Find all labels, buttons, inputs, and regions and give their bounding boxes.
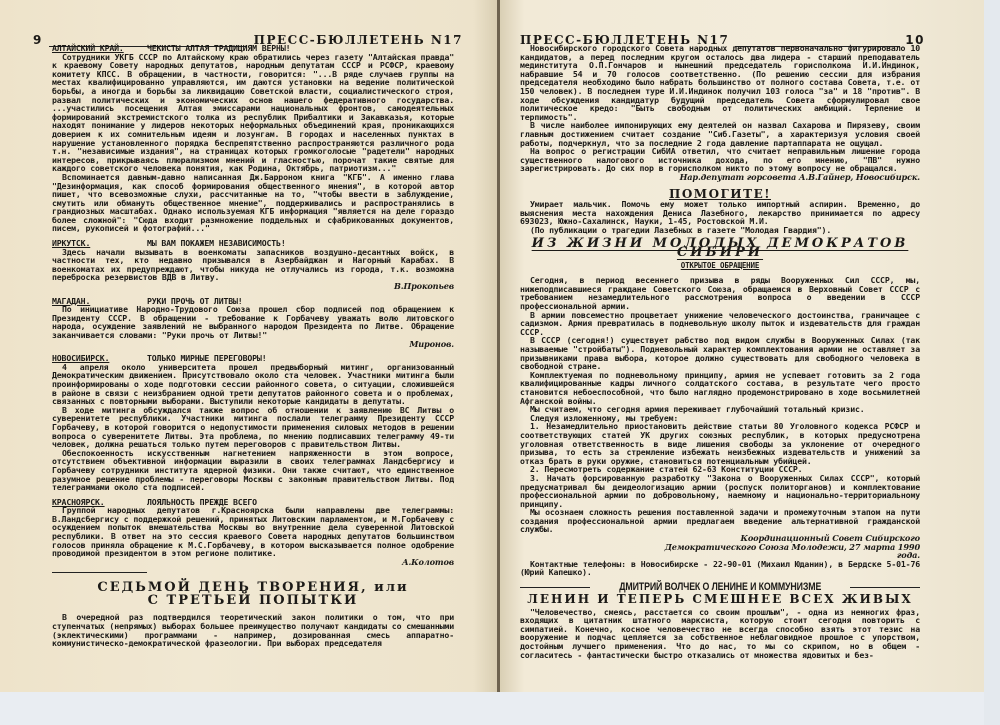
feature-paragraph: В очередной раз подтвердился теоретическ… xyxy=(52,613,454,647)
paragraph: В СССР (сегодня!) существует рабство под… xyxy=(520,336,920,370)
feature-title: СЕДЬМОЙ ДЕНЬ ТВОРЕНИЯ, или С ТРЕТЬЕЙ ПОП… xyxy=(52,581,454,607)
help-text: Умирает мальчик. Помочь ему может только… xyxy=(520,200,920,234)
paragraph: Новосибирского городского Совета народны… xyxy=(520,44,920,121)
paragraph: 1. Незамедлительно приостановить действи… xyxy=(520,422,920,465)
paragraph: Вспоминается давным-давно написанная Дж.… xyxy=(52,173,454,233)
paragraph: Мы осознаем сложность решения поставленн… xyxy=(520,508,920,534)
paragraph: Группой народных депутатов г.Красноярска… xyxy=(52,506,454,558)
continuation-text: Новосибирского городского Совета народны… xyxy=(520,44,920,173)
paragraph: (По публикации о трагедии Лазебных в газ… xyxy=(520,226,920,235)
paragraph: 3. Начать форсированную разработку "Зако… xyxy=(520,474,920,508)
signature: В.Прокопьев xyxy=(52,282,454,291)
lenin-title: ЛЕНИН И ТЕПЕРЬ СМЕШНЕЕ ВСЕХ ЖИВЫХ xyxy=(520,593,920,606)
paragraph: В армии повсеместно процветает унижение … xyxy=(520,311,920,337)
paragraph: Сотрудники УКГБ СССР по Алтайскому краю … xyxy=(52,53,454,173)
paragraph: По инициативе Народно-Трудового Союза пр… xyxy=(52,305,454,339)
left-column: АЛТАЙСКИЙ КРАЙ.ЧЕКИСТЫ АЛТАЯ ТРАДИЦИЯМ В… xyxy=(52,44,454,648)
paragraph: Здесь начали вызывать в военкоматы запас… xyxy=(52,248,454,282)
paragraph: В ходе митинга обсуждался также вопрос о… xyxy=(52,406,454,449)
page-number: 9 xyxy=(33,33,43,47)
news-sections: АЛТАЙСКИЙ КРАЙ.ЧЕКИСТЫ АЛТАЯ ТРАДИЦИЯМ В… xyxy=(52,44,454,566)
paragraph: Умирает мальчик. Помочь ему может только… xyxy=(520,200,920,226)
lenin-rubric: ДМИТРИЙ ВОЛЧЕК О ЛЕНИНЕ И КОММУНИЗМЕ xyxy=(520,583,920,592)
paragraph: Комплектуемая по подневольному принципу,… xyxy=(520,371,920,405)
paragraph: 4 апреля около университета прошел предв… xyxy=(52,363,454,406)
background-strip xyxy=(984,0,1000,725)
paragraph: Обеспокоенность искусственным нагнетение… xyxy=(52,449,454,492)
lenin-paragraph: "Человечество, смеясь, расстается со сво… xyxy=(520,608,920,660)
signature: Нар.депутат горсовета А.В.Гайнер, Новоси… xyxy=(520,173,920,182)
paragraph: Сегодня, в период весеннего призыва в ря… xyxy=(520,276,920,310)
paragraph: В числе наиболее импонирующих ему деятел… xyxy=(520,121,920,147)
signature: А.Колотов xyxy=(52,558,454,567)
divider xyxy=(52,572,147,573)
democrats-title: ИЗ ЖИЗНИ МОЛОДЫХ ДЕМОКРАТОВ СИБИРИ xyxy=(520,240,920,257)
right-page: ПРЕСС-БЮЛЛЕТЕНЬ N17 10 Новосибирского го… xyxy=(500,0,985,692)
open-letter-text: Сегодня, в период весеннего призыва в ря… xyxy=(520,276,920,534)
signature: Миронов. xyxy=(52,340,454,349)
paragraph: На вопрос о регистрации СибИА ответил, ч… xyxy=(520,147,920,173)
contacts: Контактные телефоны: в Новосибирске - 22… xyxy=(520,560,920,577)
left-page: 9 ПРЕСС-БЮЛЛЕТЕНЬ N17 АЛТАЙСКИЙ КРАЙ.ЧЕК… xyxy=(0,0,498,692)
help-title: ПОМОГИТЕ! xyxy=(520,190,920,199)
signature: Координационный Совет Сибирского Демокра… xyxy=(520,534,920,560)
booklet-spread: 9 ПРЕСС-БЮЛЛЕТЕНЬ N17 АЛТАЙСКИЙ КРАЙ.ЧЕК… xyxy=(0,0,1000,692)
right-column: Новосибирского городского Совета народны… xyxy=(520,44,920,659)
open-letter-subtitle: ОТКРЫТОЕ ОБРАЩЕНИЕ xyxy=(520,262,920,271)
